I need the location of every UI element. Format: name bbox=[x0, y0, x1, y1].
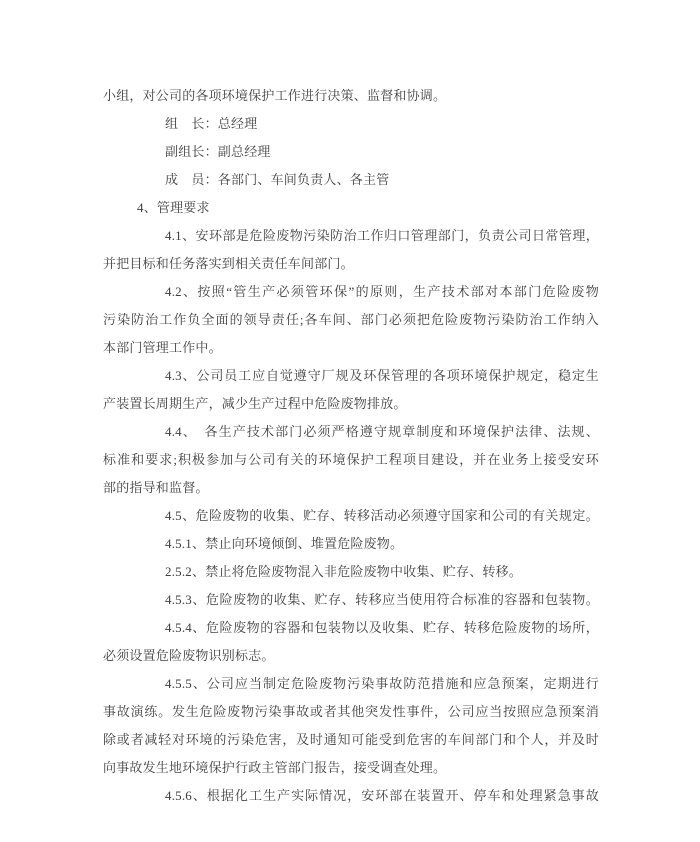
document-line: 4.1、安环部是危险废物污染防治工作归口管理部门，负责公司日常管理， bbox=[165, 222, 599, 250]
document-line: 向事故发生地环境保护行政主管部门报告，接受调查处理。 bbox=[103, 754, 599, 782]
document-line: 组 长：总经理 bbox=[165, 110, 599, 138]
document-line: 2.5.2、禁止将危险废物混入非危险废物中收集、贮存、转移。 bbox=[165, 558, 599, 586]
document-line: 副组长：副总经理 bbox=[165, 138, 599, 166]
document-line: 事故演练。发生危险废物污染事故或者其他突发性事件，公司应当按照应急预案消 bbox=[103, 698, 599, 726]
document-line: 小组，对公司的各项环境保护工作进行决策、监督和协调。 bbox=[103, 82, 599, 110]
document-text-block: 小组，对公司的各项环境保护工作进行决策、监督和协调。组 长：总经理副组长：副总经… bbox=[103, 82, 599, 810]
document-line: 必须设置危险废物识别标志。 bbox=[103, 642, 599, 670]
document-line: 4.2、按照“管生产必须管环保”的原则，生产技术部对本部门危险废物 bbox=[165, 278, 599, 306]
document-line: 4.5、危险废物的收集、贮存、转移活动必须遵守国家和公司的有关规定。 bbox=[165, 502, 599, 530]
document-line: 4、管理要求 bbox=[137, 194, 599, 222]
document-page-background: 小组，对公司的各项环境保护工作进行决策、监督和协调。组 长：总经理副组长：副总经… bbox=[0, 0, 700, 842]
document-line: 污染防治工作负全面的领导责任;各车间、部门必须把危险废物污染防治工作纳入 bbox=[103, 306, 599, 334]
document-line: 除或者减轻对环境的污染危害，及时通知可能受到危害的车间部门和个人，并及时 bbox=[103, 726, 599, 754]
document-line: 产装置长周期生产，减少生产过程中危险废物排放。 bbox=[103, 390, 599, 418]
document-line: 4.3、公司员工应自觉遵守厂规及环保管理的各项环境保护规定，稳定生 bbox=[165, 362, 599, 390]
document-line: 部的指导和监督。 bbox=[103, 474, 599, 502]
document-line: 4.5.6、根据化工生产实际情况，安环部在装置开、停车和处理紧急事故 bbox=[165, 782, 599, 810]
document-line: 4.5.5、公司应当制定危险废物污染事故防范措施和应急预案，定期进行 bbox=[165, 670, 599, 698]
document-line: 成 员：各部门、车间负责人、各主管 bbox=[165, 166, 599, 194]
document-line: 并把目标和任务落实到相关责任车间部门。 bbox=[103, 250, 599, 278]
document-line: 4.5.3、危险废物的收集、贮存、转移应当使用符合标准的容器和包装物。 bbox=[165, 586, 599, 614]
document-line: 本部门管理工作中。 bbox=[103, 334, 599, 362]
document-line: 4.5.1、禁止向环境倾倒、堆置危险废物。 bbox=[165, 530, 599, 558]
document-line: 4.4、 各生产技术部门必须严格遵守规章制度和环境保护法律、法规、 bbox=[165, 418, 599, 446]
document-line: 4.5.4、危险废物的容器和包装物以及收集、贮存、转移危险废物的场所， bbox=[165, 614, 599, 642]
document-line: 标准和要求;积极参加与公司有关的环境保护工程项目建设，并在业务上接受安环 bbox=[103, 446, 599, 474]
